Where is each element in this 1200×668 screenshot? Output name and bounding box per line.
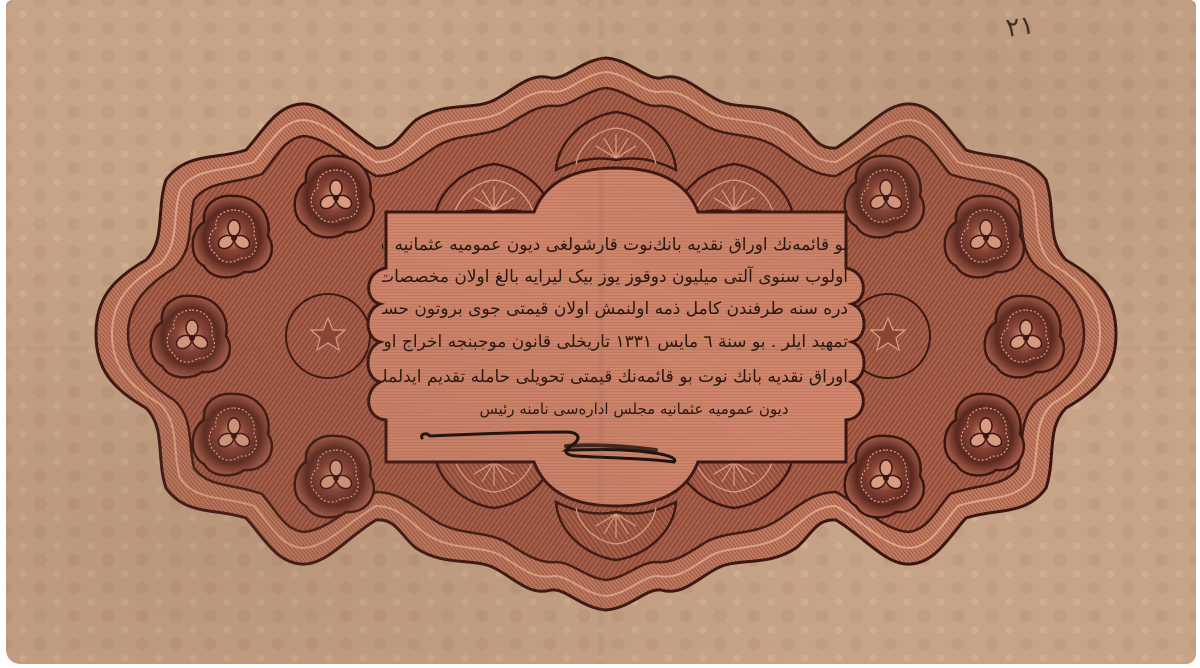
signatory-title: دیون عمومیه عثمانیه مجلس اداره‌سی نامنه …: [454, 394, 814, 424]
handwritten-serial-mark: ٢١: [1004, 10, 1036, 44]
trefoil-rosettes-left: [151, 156, 374, 518]
text-line: بو قائمه‌نك اوراق نقدیه بانك‌نوت قارشولغ…: [382, 230, 848, 260]
guilloche-ornament-frame: [6, 0, 1196, 664]
ornament-outer-border: [96, 58, 1116, 610]
lotus-fans-bottom: [434, 450, 794, 560]
text-line: اوراق نقدیه بانك نوت بو قائمه‌نك قیمتی ت…: [382, 362, 848, 392]
central-text-panel-shape: [368, 168, 864, 506]
text-line: اولوب سنوی آلتی میلیون دوقوز یوز بیک لیر…: [382, 262, 848, 292]
ottoman-text-block: بو قائمه‌نك اوراق نقدیه بانك‌نوت قارشولغ…: [384, 222, 854, 452]
signature: [416, 428, 686, 468]
trefoil-rosettes-right: [845, 156, 1064, 518]
lotus-fans-top: [434, 112, 794, 222]
text-line: دره سنه طرفندن کامل ذمه اولنمش اولان قیم…: [382, 294, 848, 324]
star-medallions: [286, 294, 930, 378]
text-line: تمهید ایلر . بو سنة ٦ مایس ۱۳۳۱ تاریخلی …: [382, 327, 848, 357]
banknote: ٢١ بو قائمه‌نك اوراق نقدیه بانك‌نوت قارش…: [6, 0, 1196, 664]
